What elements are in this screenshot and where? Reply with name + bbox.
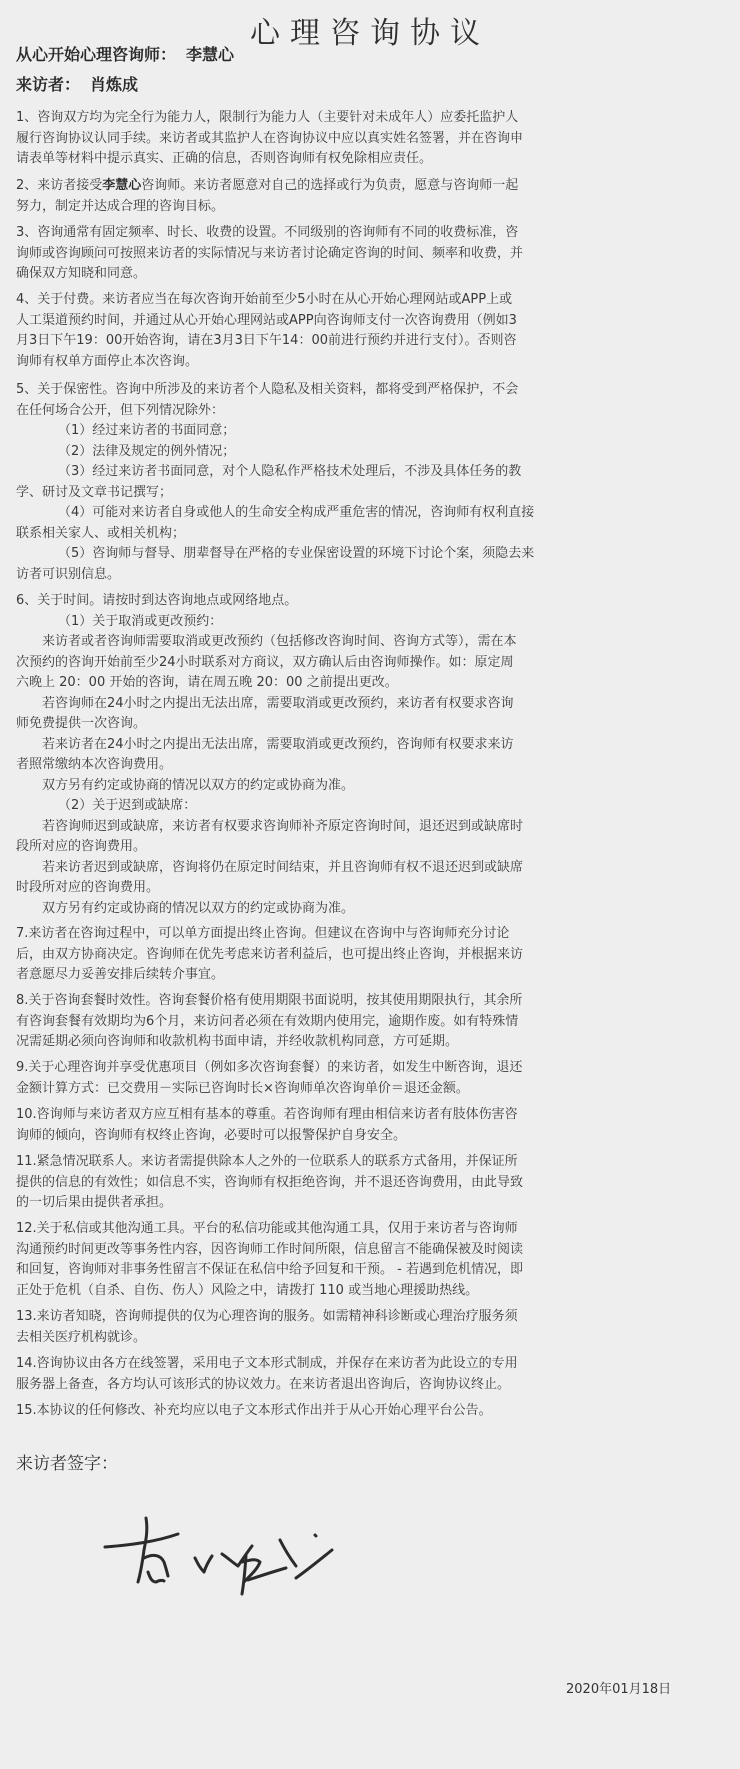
client-name: 肖炼成: [90, 75, 138, 94]
clause-6-line: 师免费提供一次咨询。: [16, 714, 726, 735]
counselor-name-inline: 李慧心: [102, 178, 141, 193]
clause-6-line: 若来访者在24小时之内提出无法出席，需要取消或更改预约，咨询师有权要求来访: [16, 735, 726, 756]
clause-6-line: 者照常缴纳本次咨询费用。: [16, 755, 726, 776]
clause-6-line: 次预约的咨询开始前至少24小时联系对方商议，双方确认后由咨询师操作。如：原定周: [16, 653, 726, 674]
clause-6-line: 段所对应的咨询费用。: [16, 837, 726, 858]
clause-11-line: 提供的信息的有效性；如信息不实，咨询师有权拒绝咨询，并不退还咨询费用，由此导致: [16, 1173, 726, 1194]
agreement-date: 2020年01月18日: [566, 1680, 671, 1700]
clause-8-line: 况需延期必须向咨询师和收款机构书面申请，并经收款机构同意，方可延期。: [16, 1032, 726, 1053]
clause-12-line: 和回复，咨询师对非事务性留言不保证在私信中给予回复和干预。 - 若遇到危机情况，…: [16, 1260, 726, 1281]
clause-6-line: （1）关于取消或更改预约：: [16, 612, 726, 633]
clause-7-line: 者意愿尽力妥善安排后续转介事宜。: [16, 965, 726, 986]
clause-11-line: 11.紧急情况联系人。来访者需提供除本人之外的一位联系人的联系方式备用，并保证所: [16, 1152, 726, 1173]
clause-10: 10.咨询师与来访者双方应互相有基本的尊重。若咨询师有理由相信来访者有肢体伤害咨…: [16, 1105, 726, 1146]
clause-5-line: 学、研讨及文章书记撰写；: [16, 483, 726, 504]
clause-5-line: （3）经过来访者书面同意，对个人隐私作严格技术处理后，不涉及具体任务的教: [16, 462, 726, 483]
clause-6-line: 双方另有约定或协商的情况以双方的约定或协商为准。: [16, 776, 726, 797]
clause-13: 13.来访者知晓，咨询师提供的仅为心理咨询的服务。如需精神科诊断或心理治疗服务须…: [16, 1307, 726, 1348]
client-label: 来访者：: [16, 75, 80, 94]
clause-1-line: 请表单等材料中提示真实、正确的信息，否则咨询师有权免除相应责任。: [16, 149, 726, 170]
clause-4: 4、关于付费。来访者应当在每次咨询开始前至少5小时在从心开始心理网站或APP上或…: [16, 290, 726, 372]
clause-5-line: （4）可能对来访者自身或他人的生命安全构成严重危害的情况，咨询师有权利直接: [16, 503, 726, 524]
clause-6-line: 若咨询师在24小时之内提出无法出席，需要取消或更改预约，来访者有权要求咨询: [16, 694, 726, 715]
clause-15: 15.本协议的任何修改、补充均应以电子文本形式作出并于从心开始心理平台公告。: [16, 1401, 726, 1422]
clause-4-line: 4、关于付费。来访者应当在每次咨询开始前至少5小时在从心开始心理网站或APP上或: [16, 290, 726, 311]
clause-15-line: 15.本协议的任何修改、补充均应以电子文本形式作出并于从心开始心理平台公告。: [16, 1401, 726, 1422]
clause-12: 12.关于私信或其他沟通工具。平台的私信功能或其他沟通工具，仅用于来访者与咨询师…: [16, 1219, 726, 1301]
clause-2: 2、来访者接受李慧心咨询师。来访者愿意对自己的选择或行为负责，愿意与咨询师一起努…: [16, 176, 726, 217]
clause-5-line: 5、关于保密性。咨询中所涉及的来访者个人隐私及相关资料，都将受到严格保护，不会: [16, 380, 726, 401]
handwritten-signature-image: [100, 1510, 340, 1600]
clause-3-line: 确保双方知晓和同意。: [16, 264, 726, 285]
clause-3-line: 3、咨询通常有固定频率、时长、收费的设置。不同级别的咨询师有不同的收费标准，咨: [16, 223, 726, 244]
clause-12-line: 沟通预约时间更改等事务性内容，因咨询师工作时间所限，信息留言不能确保被及时阅读: [16, 1240, 726, 1261]
clause-9-line: 9.关于心理咨询并享受优惠项目（例如多次咨询套餐）的来访者，如发生中断咨询，退还: [16, 1058, 726, 1079]
clause-4-line: 人工渠道预约时间，并通过从心开始心理网站或APP向咨询师支付一次咨询费用（例如3: [16, 311, 726, 332]
clause-5-line: 在任何场合公开，但下列情况除外：: [16, 401, 726, 422]
clause-1-line: 履行咨询协议认同手续。来访者或其监护人在咨询协议中应以真实姓名签署，并在咨询申: [16, 129, 726, 150]
clause-1-line: 1、咨询双方均为完全行为能力人，限制行为能力人（主要针对未成年人）应委托监护人: [16, 108, 726, 129]
clause-14-line: 14.咨询协议由各方在线签署，采用电子文本形式制成，并保存在来访者为此设立的专用: [16, 1354, 726, 1375]
clause-12-line: 正处于危机（自杀、自伤、伤人）风险之中，请拨打 110 或当地心理援助热线。: [16, 1281, 726, 1302]
clause-8: 8.关于咨询套餐时效性。咨询套餐价格有使用期限书面说明，按其使用期限执行，其余所…: [16, 991, 726, 1053]
clause-2-line: 2、来访者接受李慧心咨询师。来访者愿意对自己的选择或行为负责，愿意与咨询师一起: [16, 176, 726, 197]
clause-4-line: 询师有权单方面停止本次咨询。: [16, 352, 726, 373]
clause-6-line: 六晚上 20：00 开始的咨询，请在周五晚 20：00 之前提出更改。: [16, 673, 726, 694]
clause-6-line: 若来访者迟到或缺席，咨询将仍在原定时间结束，并且咨询师有权不退还迟到或缺席: [16, 858, 726, 879]
client-line: 来访者：肖炼成: [16, 74, 138, 96]
clause-4-line: 月3日下午19：00开始咨询，请在3月3日下午14：00前进行预约并进行支付）。…: [16, 331, 726, 352]
clause-6-line: 来访者或者咨询师需要取消或更改预约（包括修改咨询时间、咨询方式等），需在本: [16, 632, 726, 653]
clause-8-line: 8.关于咨询套餐时效性。咨询套餐价格有使用期限书面说明，按其使用期限执行，其余所: [16, 991, 726, 1012]
clause-11: 11.紧急情况联系人。来访者需提供除本人之外的一位联系人的联系方式备用，并保证所…: [16, 1152, 726, 1214]
clause-5-line: 访者可识别信息。: [16, 565, 726, 586]
consultation-agreement-page: 心理咨询协议 从心开始心理咨询师：李慧心 来访者：肖炼成 1、咨询双方均为完全行…: [0, 0, 740, 1769]
counselor-label: 从心开始心理咨询师：: [16, 45, 176, 64]
clause-5-line: （1）经过来访者的书面同意；: [16, 421, 726, 442]
clause-10-line: 询师的倾向，咨询师有权终止咨询，必要时可以报警保护自身安全。: [16, 1126, 726, 1147]
clause-5: 5、关于保密性。咨询中所涉及的来访者个人隐私及相关资料，都将受到严格保护，不会在…: [16, 380, 726, 585]
clause-8-line: 有咨询套餐有效期均为6个月，来访问者必须在有效期内使用完，逾期作废。如有特殊情: [16, 1012, 726, 1033]
clause-3: 3、咨询通常有固定频率、时长、收费的设置。不同级别的咨询师有不同的收费标准，咨询…: [16, 223, 726, 285]
clause-3-line: 询师或咨询顾问可按照来访者的实际情况与来访者讨论确定咨询的时间、频率和收费，并: [16, 244, 726, 265]
clause-6-line: 时段所对应的咨询费用。: [16, 878, 726, 899]
clause-11-line: 的一切后果由提供者承担。: [16, 1193, 726, 1214]
clause-6-line: 6、关于时间。请按时到达咨询地点或网络地点。: [16, 591, 726, 612]
clause-6-line: 若咨询师迟到或缺席，来访者有权要求咨询师补齐原定咨询时间，退还迟到或缺席时: [16, 817, 726, 838]
clause-6: 6、关于时间。请按时到达咨询地点或网络地点。（1）关于取消或更改预约：来访者或者…: [16, 591, 726, 919]
signature-label: 来访者签字：: [16, 1452, 118, 1476]
clause-5-line: 联系相关家人、或相关机构；: [16, 524, 726, 545]
clause-10-line: 10.咨询师与来访者双方应互相有基本的尊重。若咨询师有理由相信来访者有肢体伤害咨: [16, 1105, 726, 1126]
clause-9: 9.关于心理咨询并享受优惠项目（例如多次咨询套餐）的来访者，如发生中断咨询，退还…: [16, 1058, 726, 1099]
clause-12-line: 12.关于私信或其他沟通工具。平台的私信功能或其他沟通工具，仅用于来访者与咨询师: [16, 1219, 726, 1240]
clause-2-line: 努力，制定并达成合理的咨询目标。: [16, 197, 726, 218]
counselor-line: 从心开始心理咨询师：李慧心: [16, 44, 234, 66]
clause-7-line: 后，由双方协商决定。咨询师在优先考虑来访者利益后，也可提出终止咨询，并根据来访: [16, 945, 726, 966]
counselor-name: 李慧心: [186, 45, 234, 64]
clause-13-line: 13.来访者知晓，咨询师提供的仅为心理咨询的服务。如需精神科诊断或心理治疗服务须: [16, 1307, 726, 1328]
clause-9-line: 金额计算方式：已交费用－实际已咨询时长×咨询师单次咨询单价＝退还金额。: [16, 1079, 726, 1100]
clause-6-line: （2）关于迟到或缺席：: [16, 796, 726, 817]
clause-14: 14.咨询协议由各方在线签署，采用电子文本形式制成，并保存在来访者为此设立的专用…: [16, 1354, 726, 1395]
clause-5-line: （5）咨询师与督导、朋辈督导在严格的专业保密设置的环境下讨论个案，须隐去来: [16, 544, 726, 565]
clause-6-line: 双方另有约定或协商的情况以双方的约定或协商为准。: [16, 899, 726, 920]
clause-7-line: 7.来访者在咨询过程中，可以单方面提出终止咨询。但建议在咨询中与咨询师充分讨论: [16, 924, 726, 945]
clause-1: 1、咨询双方均为完全行为能力人，限制行为能力人（主要针对未成年人）应委托监护人履…: [16, 108, 726, 170]
clause-7: 7.来访者在咨询过程中，可以单方面提出终止咨询。但建议在咨询中与咨询师充分讨论后…: [16, 924, 726, 986]
clause-13-line: 去相关医疗机构就诊。: [16, 1328, 726, 1349]
clause-14-line: 服务器上备查，各方均认可该形式的协议效力。在来访者退出咨询后，咨询协议终止。: [16, 1375, 726, 1396]
clause-5-line: （2）法律及规定的例外情况；: [16, 442, 726, 463]
